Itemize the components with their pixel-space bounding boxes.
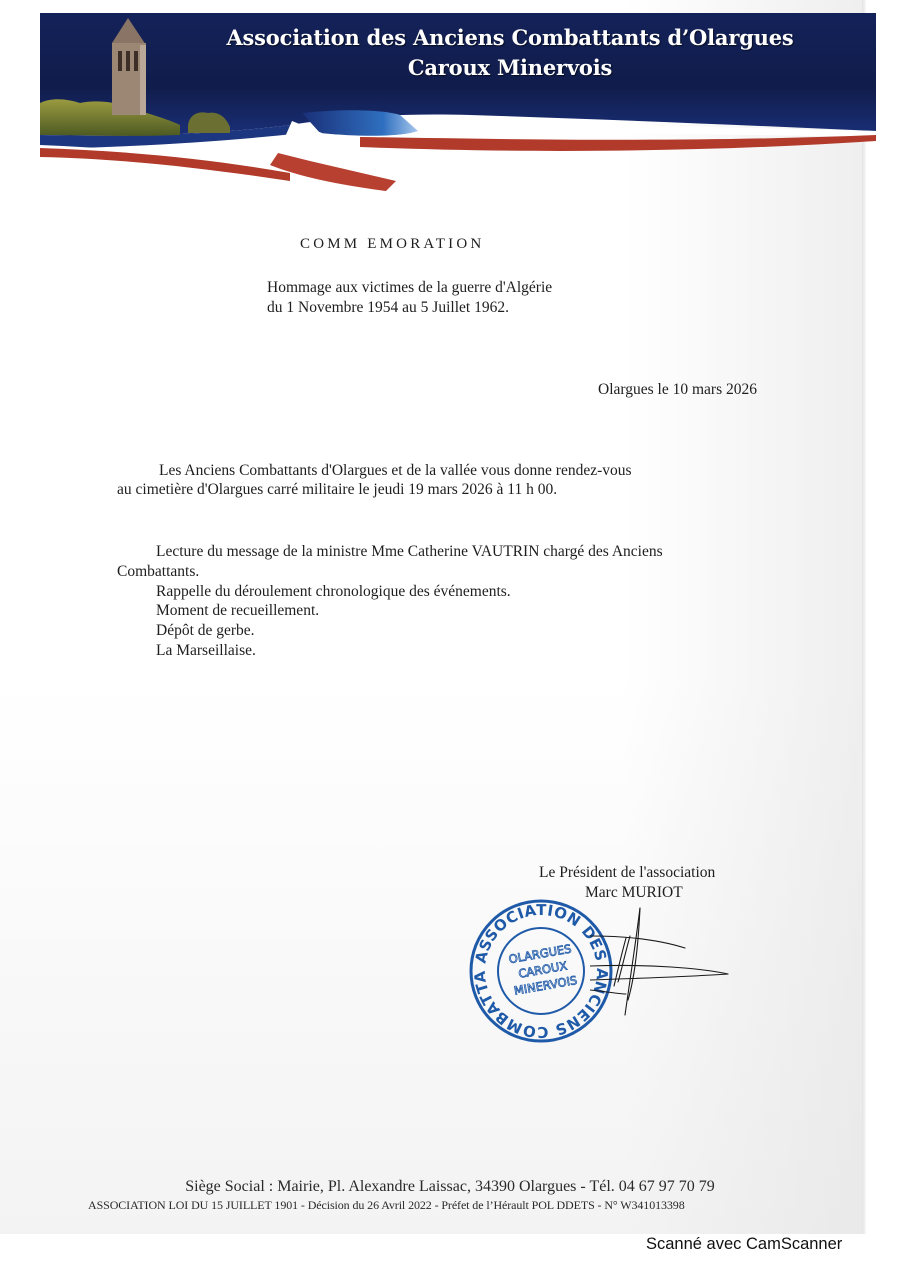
scanner-watermark: Scanné avec CamScanner xyxy=(646,1235,842,1254)
ceremony-program: Lecture du message de la ministre Mme Ca… xyxy=(117,542,757,661)
association-name: Association des Anciens Combattants d’Ol… xyxy=(180,25,840,50)
document-subtitle: Hommage aux victimes de la guerre d'Algé… xyxy=(267,278,552,318)
signature-strokes xyxy=(590,900,740,1020)
program-item: Moment de recueillement. xyxy=(117,601,757,621)
subtitle-line: Hommage aux victimes de la guerre d'Algé… xyxy=(267,278,552,298)
program-item: La Marseillaise. xyxy=(117,641,757,661)
invitation-paragraph: Les Anciens Combattants d'Olargues et de… xyxy=(117,461,737,499)
program-item: Dépôt de gerbe. xyxy=(117,621,757,641)
handwritten-signature xyxy=(590,900,740,1020)
program-item: Rappelle du déroulement chronologique de… xyxy=(117,582,757,602)
association-subtitle: Caroux Minervois xyxy=(180,55,840,80)
footer-address: Siège Social : Mairie, Pl. Alexandre Lai… xyxy=(0,1178,900,1196)
invitation-line: Les Anciens Combattants d'Olargues et de… xyxy=(117,461,737,480)
program-item-continuation: Combattants. xyxy=(117,562,757,582)
invitation-line: au cimetière d'Olargues carré militaire … xyxy=(117,480,737,499)
program-item: Lecture du message de la ministre Mme Ca… xyxy=(117,542,757,562)
letterhead-banner: Association des Anciens Combattants d’Ol… xyxy=(40,13,876,193)
place-date: Olargues le 10 mars 2026 xyxy=(598,381,757,399)
subtitle-line: du 1 Novembre 1954 au 5 Juillet 1962. xyxy=(267,298,552,318)
signatory-title: Le Président de l'association xyxy=(539,864,715,882)
footer-address-text: Siège Social : Mairie, Pl. Alexandre Lai… xyxy=(185,1178,715,1195)
document-heading: COMM EMORATION xyxy=(300,236,484,253)
footer-legal: ASSOCIATION LOI DU 15 JUILLET 1901 - Déc… xyxy=(88,1198,685,1213)
